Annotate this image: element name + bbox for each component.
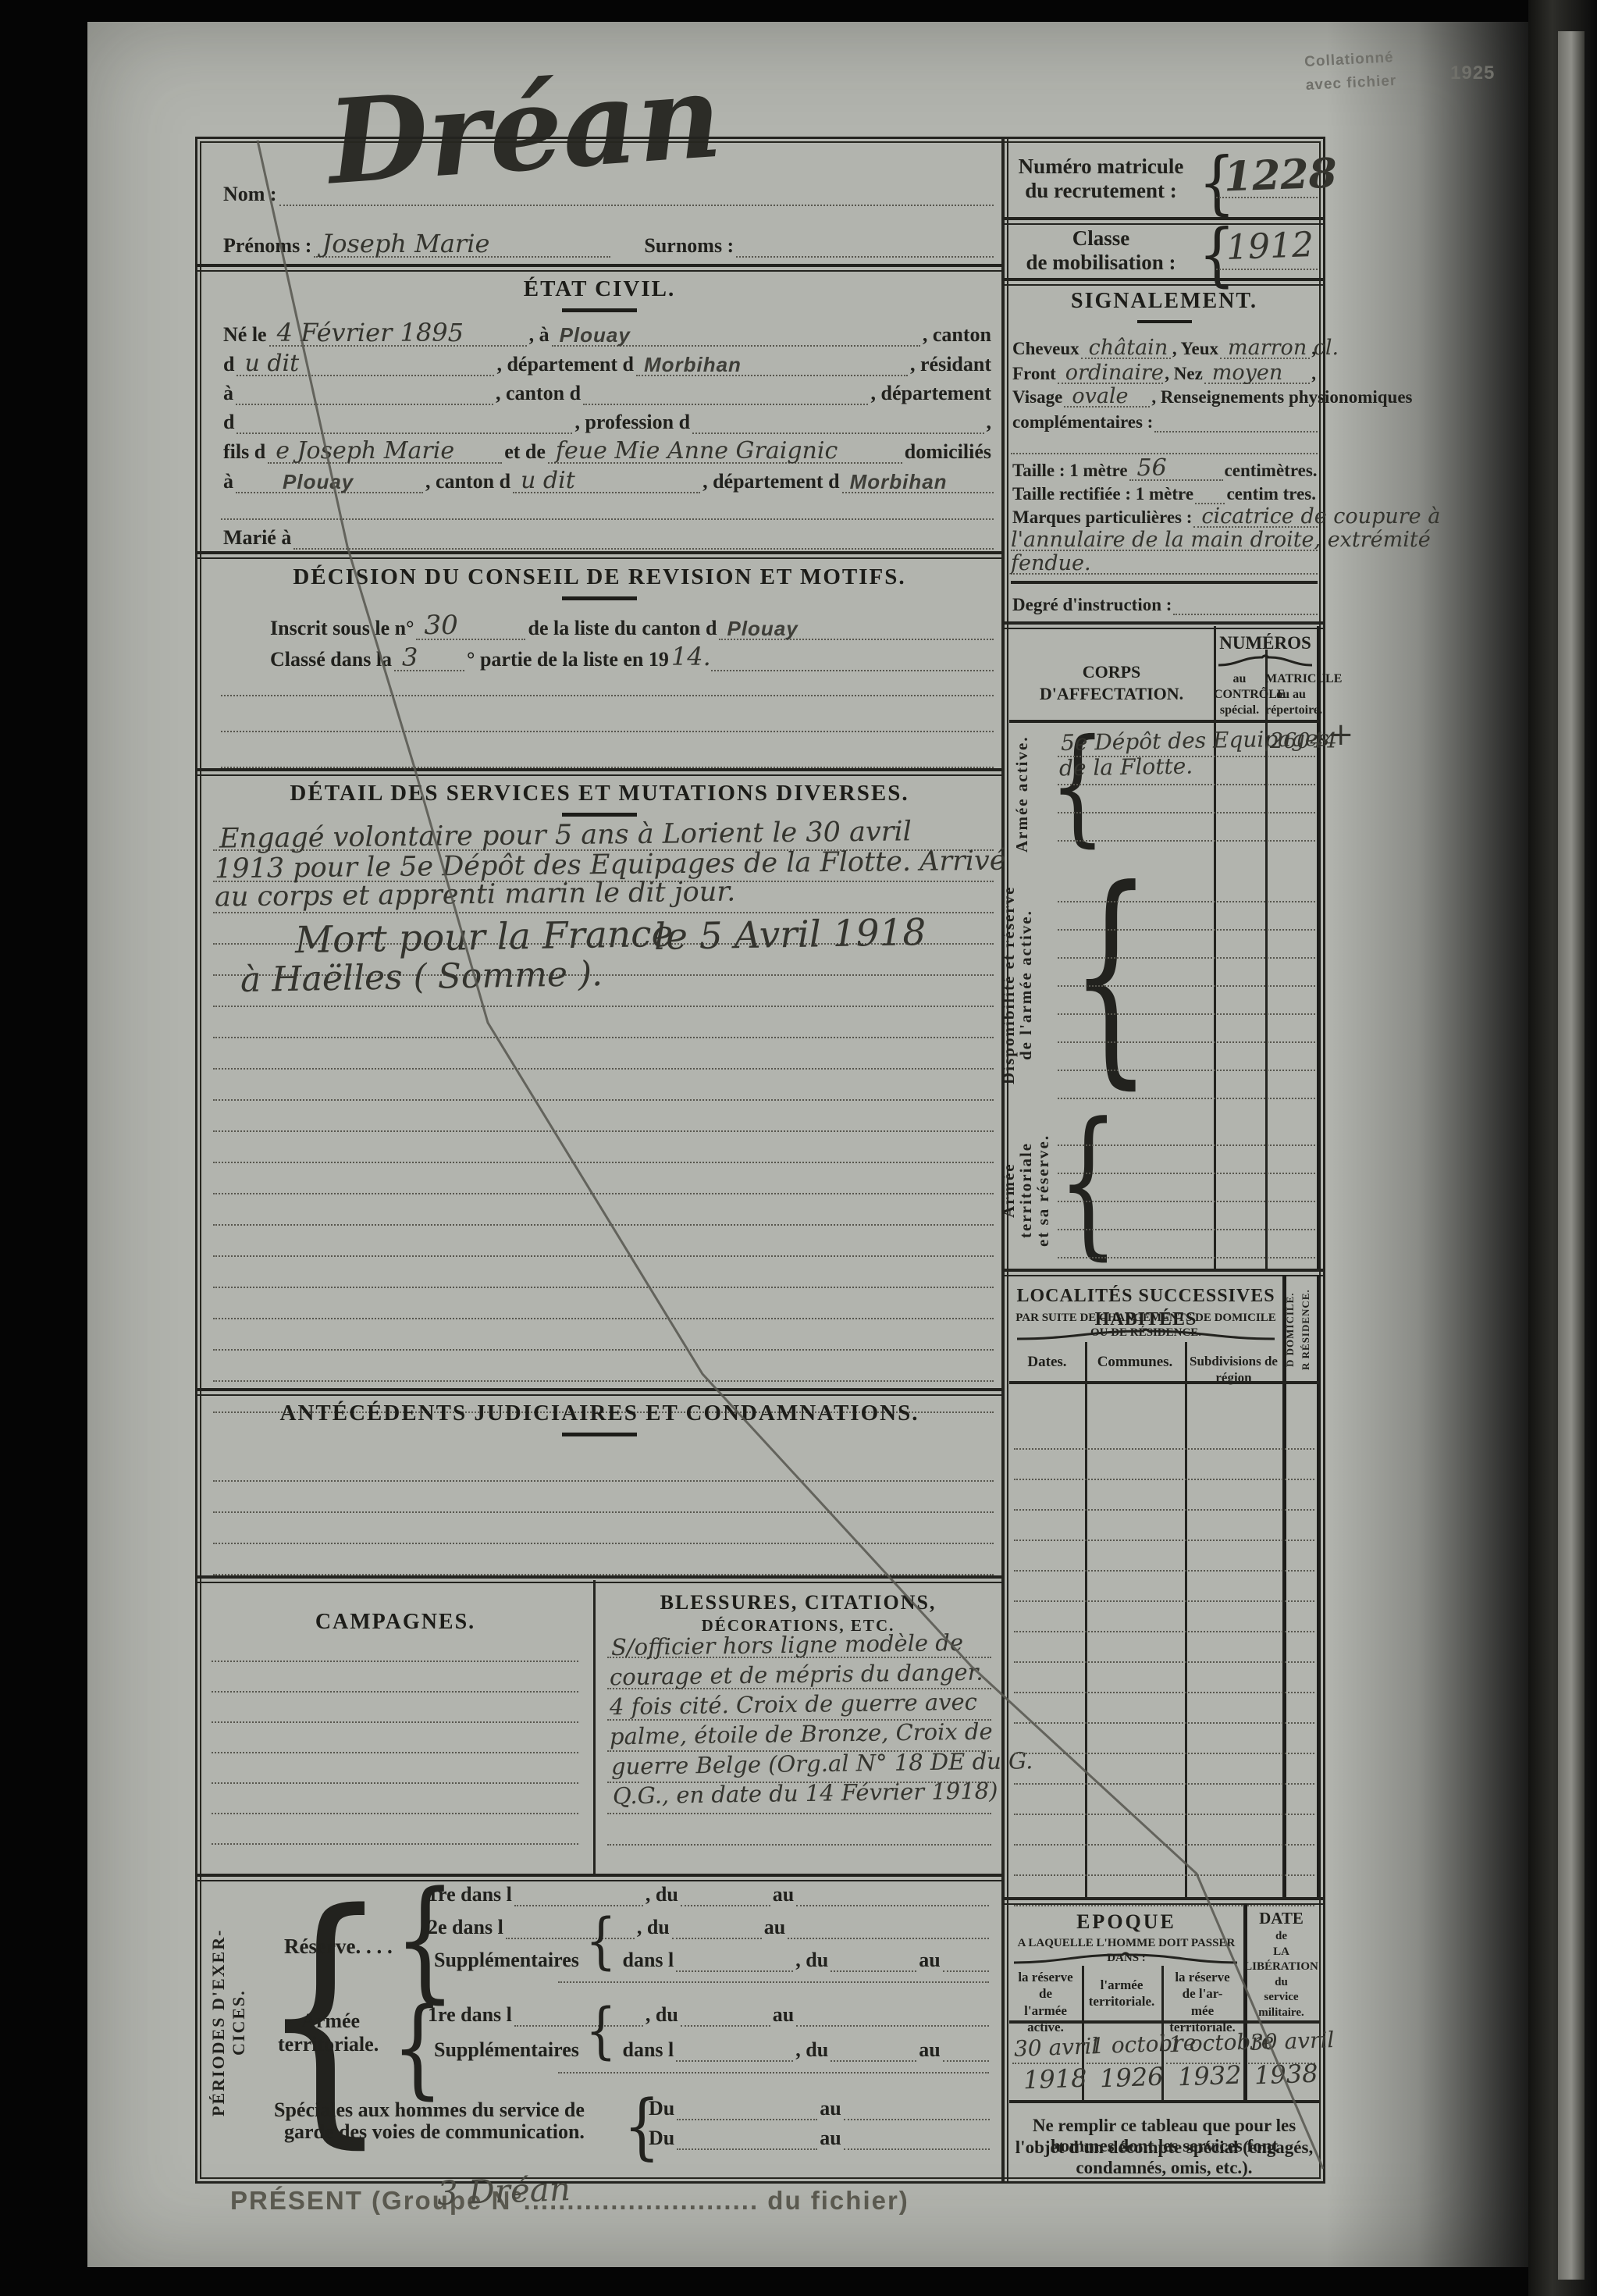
present-handwritten-value: 3 Dréan [436,2170,571,2212]
scanned-register-page: Collationné avec fichier 1925 Dréan Nom … [0,0,1597,2296]
diagonal-crease-line [0,0,1597,2296]
present-suffix: du fichier) [759,2186,909,2215]
